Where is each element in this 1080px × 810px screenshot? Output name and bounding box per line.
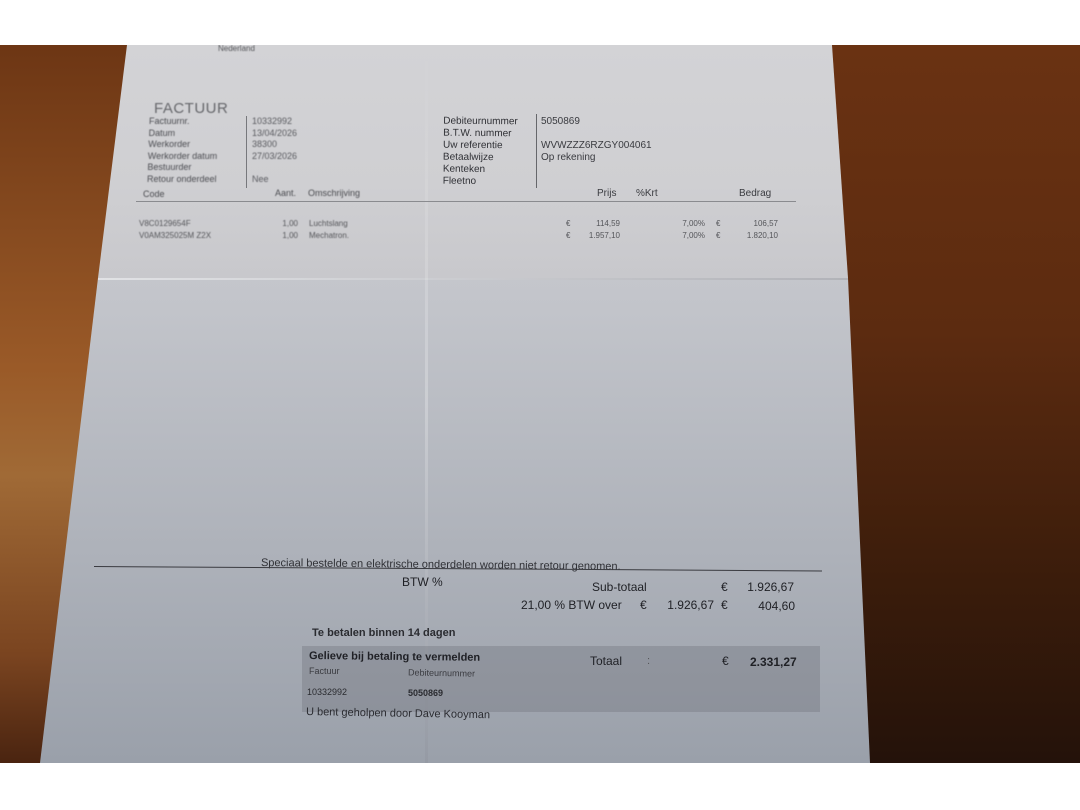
country-text: Nederland [218, 45, 255, 53]
item-quantity: 1,00 [272, 231, 298, 240]
invoice-field-values: 10332992 13/04/2026 38300 27/03/2026 Nee [252, 116, 297, 185]
payment-reference-heading: Gelieve bij betaling te vermelden [309, 650, 480, 664]
item-code: V8C0129654F [139, 219, 191, 228]
field-label: Werkorder [148, 139, 218, 151]
invoice-title: FACTUUR [154, 100, 228, 117]
invoice-field-labels: Factuurnr. Datum Werkorder Werkorder dat… [147, 116, 219, 185]
payment-terms: Te betalen binnen 14 dagen [312, 627, 455, 639]
item-quantity: 1,00 [272, 219, 298, 228]
debtor-ref-label: Debiteurnummer [408, 667, 475, 678]
vat-base-currency: € [640, 598, 647, 612]
vat-percent-label: BTW % [402, 575, 443, 589]
item-amount: 1.820,10 [728, 231, 778, 240]
subtotal-label: Sub-totaal [592, 580, 647, 594]
customer-field-labels: Debiteurnummer B.T.W. nummer Uw referent… [443, 116, 518, 189]
vat-currency: € [721, 598, 728, 612]
field-label: Kenteken [443, 164, 518, 177]
subtotal-value: 1.926,67 [730, 580, 794, 594]
item-description: Mechatron. [309, 231, 349, 240]
item-currency: € [716, 231, 720, 240]
field-label: Betaalwijze [443, 152, 518, 165]
item-amount: 106,57 [728, 219, 778, 228]
divider [246, 116, 247, 188]
payment-method: Op rekening [541, 152, 652, 164]
invoice-date: 13/04/2026 [252, 128, 297, 140]
total-colon: : [647, 655, 650, 667]
photo-background: Nederland FACTUUR Factuurnr. Datum Werko… [0, 45, 1080, 763]
field-label: Werkorder datum [148, 151, 218, 163]
item-description: Luchtslang [309, 219, 348, 228]
total-label: Totaal [590, 654, 622, 668]
divider [536, 114, 537, 188]
field-label: Datum [148, 128, 218, 140]
field-label: B.T.W. nummer [443, 128, 518, 141]
total-currency: € [722, 654, 729, 668]
total-value: 2.331,27 [750, 655, 797, 669]
column-header-code: Code [143, 189, 165, 199]
field-label: Retour onderdeel [147, 174, 217, 186]
work-order-date: 27/03/2026 [252, 151, 297, 163]
vat-number [541, 128, 652, 140]
customer-field-values: 5050869 WVWZZZ6RZGY004061 Op rekening [541, 116, 652, 164]
field-label: Factuurnr. [149, 116, 219, 128]
column-header-discount: %Krt [636, 188, 658, 199]
driver [252, 162, 297, 174]
vat-value: 404,60 [730, 599, 795, 613]
field-label: Debiteurnummer [443, 116, 518, 129]
column-header-amount: Bedrag [739, 188, 771, 199]
helped-by-text: U bent geholpen door Dave Kooyman [306, 706, 490, 721]
debtor-number: 5050869 [541, 116, 652, 128]
item-discount: 7,00% [665, 219, 705, 228]
invoice-document: Nederland FACTUUR Factuurnr. Datum Werko… [0, 45, 1080, 763]
invoice-number: 10332992 [252, 116, 297, 128]
return-policy-notice: Speciaal bestelde en elektrische onderde… [261, 557, 621, 573]
item-discount: 7,00% [665, 231, 705, 240]
column-header-quantity: Aant. [275, 188, 296, 198]
column-header-description: Omschrijving [308, 188, 360, 198]
header-divider [136, 201, 796, 202]
item-price: 1.957,10 [570, 231, 620, 240]
invoice-ref-value: 10332992 [307, 687, 347, 697]
column-header-price: Prijs [597, 188, 616, 199]
vat-base-value: 1.926,67 [650, 598, 714, 612]
item-code: V0AM325025M Z2X [139, 231, 211, 240]
subtotal-currency: € [721, 580, 728, 594]
field-label: Fleetno [443, 176, 518, 189]
work-order: 38300 [252, 139, 297, 151]
field-label: Uw referentie [443, 140, 518, 153]
invoice-ref-label: Factuur [309, 666, 340, 676]
debtor-ref-value: 5050869 [408, 688, 443, 698]
return-part: Nee [252, 174, 297, 186]
vat-label: 21,00 % BTW over [521, 598, 622, 612]
item-currency: € [716, 219, 720, 228]
field-label: Bestuurder [147, 162, 217, 174]
item-price: 114,59 [570, 219, 620, 228]
your-reference: WVWZZZ6RZGY004061 [541, 140, 652, 152]
